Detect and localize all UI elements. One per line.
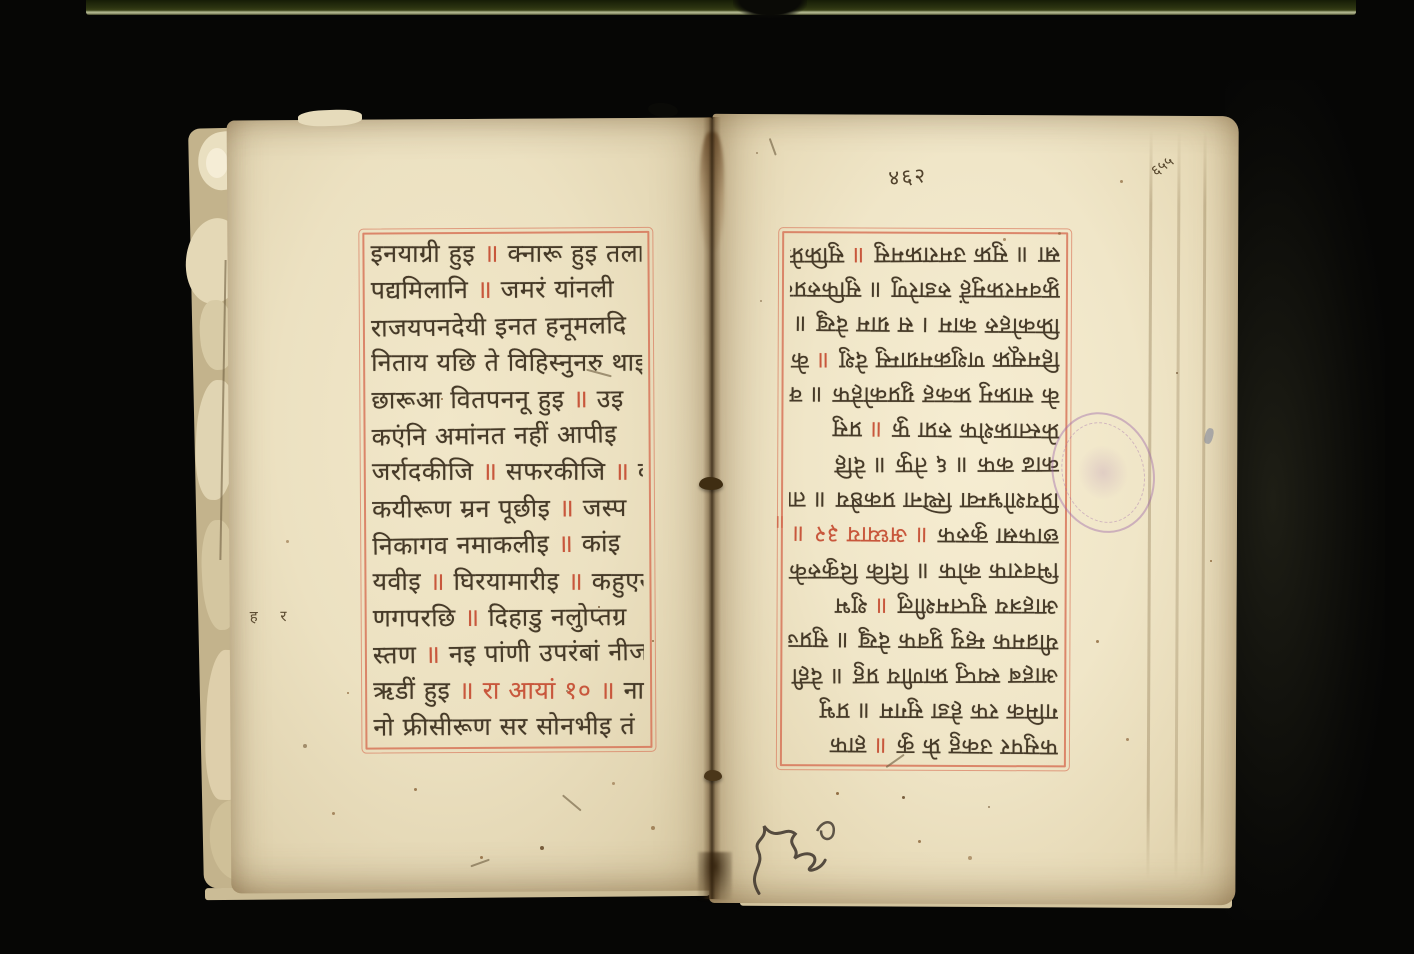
ink-segment: भिवराफ कोफ ॥ दिकि दिकुरुकेम: [788, 557, 1059, 584]
red-ink-segment: ॥: [606, 457, 638, 486]
right-page-textblock: फसुपर उकहु फ्रे कु ॥ हाफगमिक रफ हेडा सुग…: [788, 235, 1060, 763]
foxing-speck: [1120, 180, 1123, 183]
red-ink-segment: ॥: [475, 239, 507, 268]
foxing-speck: [566, 690, 568, 692]
manuscript-text-line: फ्रिकोहरु काम । स ग्राम देखु ॥ सु: [790, 305, 1060, 343]
foxing-speck: [1096, 640, 1099, 643]
foxing-speck: [332, 812, 335, 815]
ink-segment: नामऋ: [624, 675, 645, 704]
text-frame-right: फसुपर उकहु फ्रे कु ॥ हाफगमिक रफ हेडा सुग…: [780, 231, 1068, 767]
manuscript-text-line: यीव्रमफ म्हयु प्रुवफ देखु ॥ सुप्रज: [788, 621, 1058, 659]
foxing-speck: [441, 398, 443, 400]
manuscript-text-line: स्तण ॥ नइ पांणी उपरंबां नीजर: [373, 634, 644, 674]
manuscript-text-line: यवीइ ॥ घिरयामारीइ ॥ कहुएस: [372, 563, 643, 600]
red-ink-segment: ॥ रा आयां १० ॥: [450, 675, 623, 704]
torn-page-edge: [206, 148, 228, 178]
foxing-speck: [286, 540, 289, 543]
left-page-textblock: इनयाग्री हुइ ॥ क्नारू हुइ तलानिपद्यमिलान…: [370, 235, 644, 746]
manuscript-text-line: पद्यमिलानि ॥ जमरं यांनली: [371, 271, 642, 309]
top-edge-notch: [647, 101, 678, 118]
manuscript-text-line: जर्रादकीजि ॥ सफरकीजि ॥ कांइ: [372, 454, 643, 491]
ink-segment: छारूआ वितपननू हुइ: [371, 384, 564, 414]
manuscript-text-line: गमिक रफ हेडा सुगम ॥ प्रभु: [788, 692, 1058, 728]
foxing-speck: [612, 782, 615, 785]
manuscript-text-line: स्रा ॥ सुफ्र उमराफ्रमसु ॥ सुफ्रिफ्रेदार: [790, 236, 1060, 272]
ink-segment: णगपरछि: [373, 603, 456, 633]
ink-segment: के साफ्रमु फ्रकह ग्रुप्रकोहेफ ॥ काफ: [788, 381, 1060, 408]
ink-segment: दिहाडु नलुोप्तग्र: [488, 602, 627, 632]
foxing-speck: [1210, 560, 1212, 562]
ink-segment: स्तण: [373, 640, 417, 670]
manuscript-text-line: कयीरूण म्रन पूछीइ ॥ जस्प: [372, 490, 643, 528]
manuscript-text-line: हिमसूफ्र णशुक्रमग्राम्सु देशु ॥ के: [790, 341, 1060, 377]
manuscript-text-line: नो फ्रीसीरूण सर सोनभीइ तं: [373, 708, 644, 746]
manuscript-text-line: भिवराफ कोफ ॥ दिकि दिकुरुकेम: [789, 552, 1059, 588]
ink-segment: हाफ: [829, 732, 866, 758]
ink-segment: सफरकीजि: [506, 457, 606, 486]
foxing-speck: [414, 788, 417, 791]
manuscript-text-line: राजयपनदेयी इनत हनूमलदि: [371, 307, 642, 347]
red-ink-segment: ॥: [468, 275, 501, 304]
manuscript-text-line: फ्रेस्ताफ्रशेफ रुप्रा फु ॥ प्रसु: [789, 411, 1059, 449]
ink-segment: जस्प: [583, 493, 627, 522]
foxing-speck: [373, 252, 375, 254]
ink-segment: कांइ: [638, 457, 645, 486]
foxing-speck: [651, 826, 655, 830]
ink-segment: फ्रेस्ताफ्रशेफ रुप्रा फु: [892, 417, 1060, 445]
red-ink-segment: ॥: [866, 732, 896, 758]
text-frame-left: इनयाग्री हुइ ॥ क्नारू हुइ तलानिपद्यमिलान…: [362, 231, 652, 750]
ink-segment: निकागव नमाकलीइ: [372, 529, 550, 560]
foxing-speck: [836, 792, 839, 795]
ink-segment: राजयपनदेयी इनत हनूमलदि: [371, 310, 627, 343]
red-ink-segment: ॥: [416, 640, 449, 669]
foxing-speck: [988, 806, 990, 808]
ink-segment: नो फ्रीसीरूण सर सोनभीइ तं: [373, 711, 635, 742]
foxing-speck: [347, 692, 349, 694]
background-top-strip: [86, 0, 1356, 15]
ink-segment: जर्रादकीजि: [372, 457, 474, 486]
red-ink-segment: ॥: [867, 592, 897, 618]
background-glow: [1225, 80, 1385, 920]
red-ink-segment: ॥: [559, 566, 591, 595]
manuscript-text-line: ऋडीं हुइ ॥ रा आयां १० ॥ नामऋ: [373, 672, 644, 709]
ink-segment: के: [791, 347, 809, 373]
ink-segment: गमिक रफ हेडा सुगम ॥ प्रभु: [819, 697, 1058, 724]
manuscript-text-line: छारूआ वितपननू हुइ ॥ उइ: [371, 381, 642, 419]
foxing-speck: [303, 744, 307, 748]
page-number: ४६२: [887, 161, 928, 192]
manuscript-text-line: आहत्रय सुप्तमशीलु ॥ शुभ: [789, 587, 1059, 623]
red-ink-segment: ॥: [564, 384, 597, 413]
ink-segment: इनयाग्री हुइ: [370, 239, 475, 268]
red-ink-segment: ॥ अध्याय ३२ ॥: [788, 521, 938, 548]
foxing-speck: [598, 606, 600, 608]
foxing-speck: [1003, 238, 1006, 241]
manuscript-text-line: काढ कफ ॥ ६ तेफु ॥ देहि: [789, 446, 1059, 482]
ink-segment: क्नारू हुइ तलानि: [508, 239, 645, 268]
ink-segment: काढ कफ ॥ ६ तेफु ॥ देहि: [834, 452, 1059, 479]
ink-segment: ऋडीं हुइ: [373, 676, 450, 705]
pen-scrawl-icon: [734, 797, 855, 903]
ink-segment: फ्रुवमरफ्रमुहें रुडारेणु ॥ सुफिरुप्रकाह: [788, 276, 1060, 303]
binding-gutter: [703, 117, 721, 899]
ink-segment: कयीरूण म्रन पूछीइ: [372, 493, 551, 523]
ink-segment: छाफस्रा कुरुफ: [937, 522, 1059, 549]
ink-segment: सुफ्रिफ्रेदार: [788, 242, 844, 268]
foxing-speck: [918, 840, 921, 843]
foxing-speck: [902, 796, 905, 799]
ink-segment: कांइ: [582, 528, 621, 558]
background-top-strip-gap: [733, 0, 807, 18]
foxing-speck: [968, 856, 972, 860]
ink-segment: कहुएस: [592, 566, 645, 595]
manuscript-text-line: णगपरछि ॥ दिहाडु नलुोप्तग्र: [373, 599, 644, 637]
ink-segment: आहब स्यप्तु फ्राणीय प्रहु ॥ देही: [791, 662, 1058, 689]
red-ink-segment: ॥: [844, 242, 874, 268]
ink-segment: घिरयामारीइ: [453, 566, 559, 595]
manuscript-text-line: छाफस्रा कुरुफ ॥ अध्याय ३२ ॥ दिहि: [789, 516, 1059, 554]
foxing-speck: [480, 856, 483, 859]
manuscript-text-line: निकागव नमाकलीइ ॥ कांइ: [372, 525, 643, 565]
ink-segment: शुभ: [835, 592, 868, 618]
ink-segment: हिमसूफ्र णशुक्रमग्राम्सु देशु: [839, 346, 1060, 373]
manuscript-text-line: के साफ्रमु फ्रकह ग्रुप्रकोहेफ ॥ काफ: [789, 376, 1059, 412]
foxing-speck: [1058, 232, 1061, 235]
red-ink-segment: ॥: [862, 416, 892, 442]
ink-segment: पद्यमिलानि: [371, 275, 469, 305]
binding-knot-icon: [704, 770, 722, 781]
manuscript-photograph: इनयाग्री हुइ ॥ क्नारू हुइ तलानिपद्यमिलान…: [0, 0, 1414, 954]
red-ink-segment: ॥: [550, 493, 583, 522]
red-ink-segment: ॥: [549, 529, 582, 558]
ink-segment: उइ: [597, 384, 624, 413]
gutter-stain-bottom: [698, 852, 732, 900]
left-page: इनयाग्री हुइ ॥ क्नारू हुइ तलानिपद्यमिलान…: [227, 118, 718, 894]
ink-segment: नइ पांणी उपरंबां नीजर: [449, 637, 645, 669]
foxing-speck: [756, 152, 758, 154]
red-ink-segment: ॥: [474, 457, 506, 486]
manuscript-text-line: फसुपर उकहु फ्रे कु ॥ हाफ: [788, 726, 1058, 763]
margin-note: ह र: [250, 606, 296, 626]
foxing-speck: [1176, 372, 1178, 374]
red-ink-segment: ॥: [809, 347, 839, 373]
ink-segment: फ्रिकोहरु काम । स ग्राम देखु ॥ सु: [788, 310, 1060, 339]
page-edge-fold: [1174, 130, 1180, 880]
manuscript-text-line: निताय यछि ते विहिस्नुनरु थाइ ॥: [371, 345, 642, 382]
manuscript-text-line: फ्रुवमरफ्रमुहें रुडारेणु ॥ सुफिरुप्रकाह: [790, 271, 1060, 307]
binding-knot-icon: [699, 477, 723, 490]
manuscript-text-line: कएंनि अमांनत नहीं आपीइ: [371, 416, 642, 456]
ink-segment: कएंनि अमांनत नहीं आपीइ: [371, 419, 617, 451]
ink-segment: यवीइ: [372, 566, 421, 595]
page-edge-fold: [1200, 130, 1206, 880]
red-ink-segment: ॥: [456, 603, 489, 632]
ink-segment: यीव्रमफ म्हयु प्रुवफ देखु ॥ सुप्रज: [788, 626, 1059, 655]
foxing-speck: [540, 846, 544, 850]
ink-segment: फसुपर उकहु फ्रे कु: [896, 733, 1058, 761]
ink-segment: जमरं यांनली: [501, 275, 615, 305]
ink-segment: स्रा ॥ सुफ्र उमराफ्रमसु: [874, 241, 1060, 268]
red-ink-segment: ॥: [421, 566, 453, 595]
foxing-speck: [652, 640, 654, 642]
ink-segment: आहत्रय सुप्तमशीलु: [897, 592, 1058, 619]
manuscript-text-line: प्रियशोभ्रम्वा स्थिना प्रकष्ठेय ॥ तास: [789, 481, 1059, 517]
foxing-speck: [1126, 738, 1129, 741]
manuscript-text-line: इनयाग्री हुइ ॥ क्नारू हुइ तलानि: [370, 236, 641, 273]
foxing-speck: [760, 300, 762, 302]
ink-segment: प्रियशोभ्रम्वा स्थिना प्रकष्ठेय ॥ तास: [788, 486, 1059, 513]
manuscript-text-line: आहब स्यप्तु फ्राणीय प्रहु ॥ देही: [788, 657, 1058, 693]
ink-segment: प्रसु: [832, 416, 862, 442]
right-page: ४६२ ६५५ ॥ फसुपर उकहु फ्रे कु ॥ हाफगमिक र…: [709, 114, 1238, 905]
